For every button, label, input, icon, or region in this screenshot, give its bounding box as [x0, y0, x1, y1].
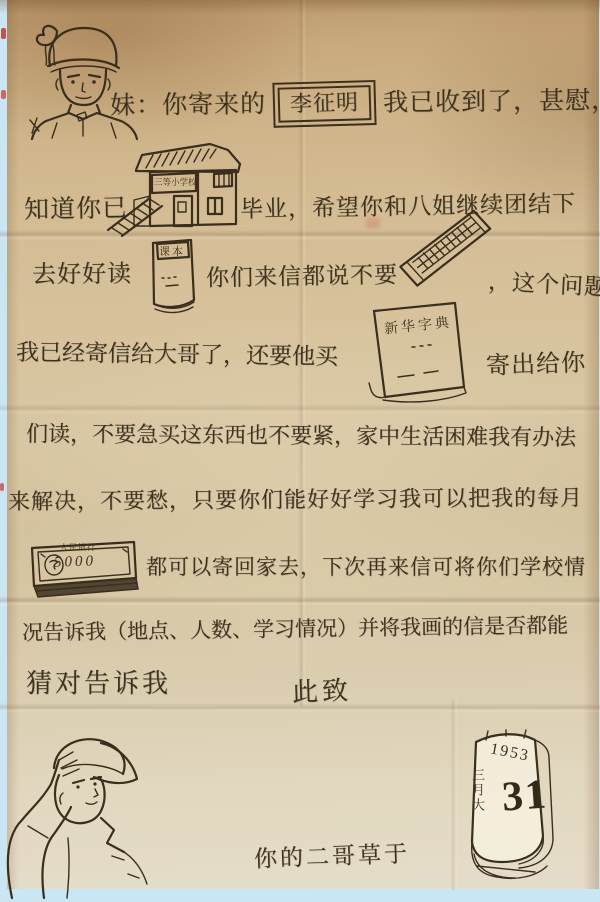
saluting-boy-drawing — [2, 726, 174, 900]
letter-line-3-pre: 去好好读 — [32, 262, 132, 289]
paper-edge-shadow — [0, 0, 600, 14]
letter-line-3-mid: 你们来信都说不要 — [206, 262, 398, 291]
paper-edge-shadow — [583, 0, 599, 889]
letter-line-1-post: 我已收到了，甚慰， — [383, 87, 600, 117]
letter-line-1-pre: 妹：你寄来的 — [110, 91, 266, 120]
letter-line-1: 妹：你寄来的 李征明 我已收到了，甚慰， — [110, 83, 600, 123]
red-speck — [1, 90, 6, 99]
textbook-cover-text: 课本 — [159, 243, 185, 259]
letter-line-7: 都可以寄回家去，下次再来信可将你们学校情 — [146, 556, 586, 579]
letter-closing: 此致 — [292, 677, 353, 708]
red-speck — [0, 483, 4, 491]
letter-line-9: 猜对告诉我 — [26, 670, 171, 699]
name-card-drawing: 李征明 — [278, 85, 372, 123]
calendar-month-text: 三月大 — [468, 768, 487, 813]
banknote-bank-text: 人民银行 — [60, 542, 96, 553]
soldier-portrait-drawing — [26, 20, 144, 142]
school-sign-text: 三等小学校 — [154, 176, 198, 188]
letter-line-5: 们读，不要急买这东西也不要紧，家中生活困难我有办法 — [26, 422, 576, 450]
calendar-day-text: 31 — [500, 770, 549, 821]
letter-line-4-post: 寄出给你 — [486, 350, 587, 380]
letter-line-2-pre: 知道你已 — [24, 195, 128, 224]
banknote-amount-text: 5000 — [54, 553, 97, 571]
red-speck — [1, 28, 6, 39]
letter-photo: 妹：你寄来的 李征明 我已收到了，甚慰， 三等小学校 知道你已 毕业，希望你和八… — [0, 0, 600, 902]
letter-line-6: 来解决，不要愁，只要你们能好好学习我可以把我的每月 — [8, 486, 583, 514]
letter-line-4-pre: 我已经寄信给大哥了，还要他买 — [16, 340, 338, 370]
